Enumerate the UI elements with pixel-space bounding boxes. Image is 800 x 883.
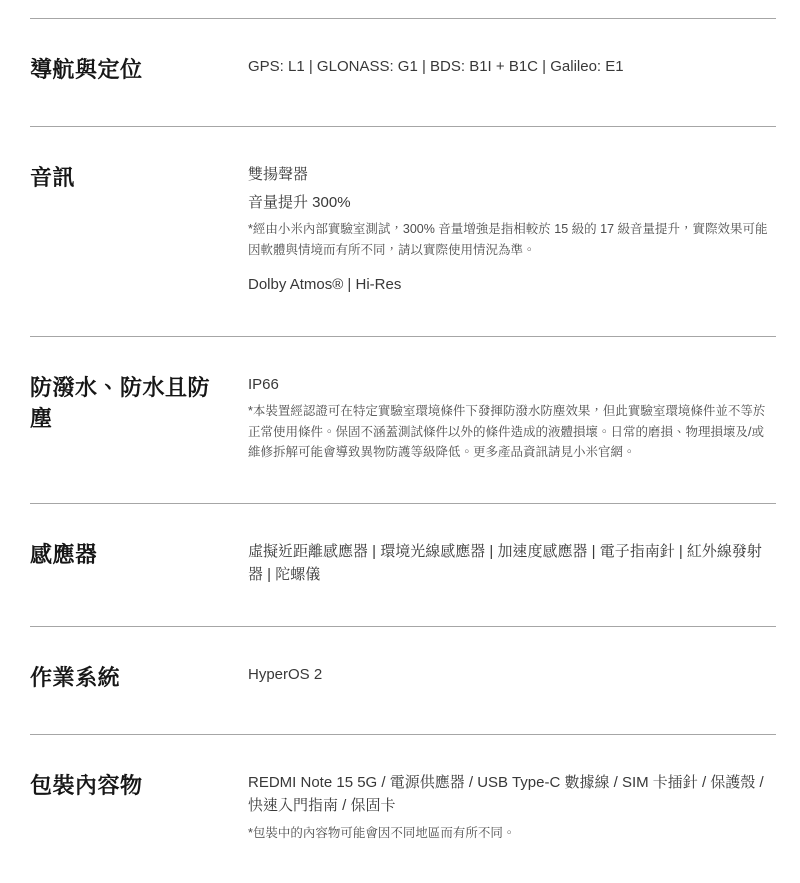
spec-value: Dolby Atmos® | Hi-Res (248, 273, 776, 296)
spec-value: GPS: L1 | GLONASS: G1 | BDS: B1I + B1C |… (248, 55, 776, 78)
spec-footnote: *本裝置經認證可在特定實驗室環境條件下發揮防潑水防塵效果，但此實驗室環境條件並不… (248, 401, 776, 463)
spec-content-package-contents: REDMI Note 15 5G / 電源供應器 / USB Type-C 數據… (248, 771, 776, 843)
spec-value: 雙揚聲器 (248, 163, 776, 186)
spec-label-audio: 音訊 (30, 163, 248, 194)
spec-value: HyperOS 2 (248, 663, 776, 686)
spec-row-audio: 音訊 雙揚聲器 音量提升 300% *經由小米內部實驗室測試，300% 音量增強… (30, 126, 776, 336)
spec-label-package-contents: 包裝內容物 (30, 771, 248, 802)
spec-content-operating-system: HyperOS 2 (248, 663, 776, 686)
spec-row-water-resistance: 防潑水、防水且防塵 IP66 *本裝置經認證可在特定實驗室環境條件下發揮防潑水防… (30, 336, 776, 503)
spec-row-navigation: 導航與定位 GPS: L1 | GLONASS: G1 | BDS: B1I +… (30, 18, 776, 126)
spec-label-operating-system: 作業系統 (30, 663, 248, 694)
spec-row-package-contents: 包裝內容物 REDMI Note 15 5G / 電源供應器 / USB Typ… (30, 734, 776, 883)
spec-label-sensors: 感應器 (30, 540, 248, 571)
spec-label-water-resistance: 防潑水、防水且防塵 (30, 373, 248, 435)
spec-value: IP66 (248, 373, 776, 396)
spec-value: 虛擬近距離感應器 | 環境光線感應器 | 加速度感應器 | 電子指南針 | 紅外… (248, 540, 776, 587)
spec-content-sensors: 虛擬近距離感應器 | 環境光線感應器 | 加速度感應器 | 電子指南針 | 紅外… (248, 540, 776, 587)
spec-value: REDMI Note 15 5G / 電源供應器 / USB Type-C 數據… (248, 771, 776, 818)
spec-row-operating-system: 作業系統 HyperOS 2 (30, 626, 776, 734)
spec-footnote: *包裝中的內容物可能會因不同地區而有所不同。 (248, 823, 776, 844)
spec-value: 音量提升 300% (248, 191, 776, 214)
spec-page: 導航與定位 GPS: L1 | GLONASS: G1 | BDS: B1I +… (0, 0, 800, 883)
spec-footnote: *經由小米內部實驗室測試，300% 音量增強是指相較於 15 級的 17 級音量… (248, 219, 776, 260)
spec-content-audio: 雙揚聲器 音量提升 300% *經由小米內部實驗室測試，300% 音量增強是指相… (248, 163, 776, 296)
spec-label-navigation: 導航與定位 (30, 55, 248, 86)
spec-content-navigation: GPS: L1 | GLONASS: G1 | BDS: B1I + B1C |… (248, 55, 776, 78)
spec-row-sensors: 感應器 虛擬近距離感應器 | 環境光線感應器 | 加速度感應器 | 電子指南針 … (30, 503, 776, 627)
spec-content-water-resistance: IP66 *本裝置經認證可在特定實驗室環境條件下發揮防潑水防塵效果，但此實驗室環… (248, 373, 776, 463)
